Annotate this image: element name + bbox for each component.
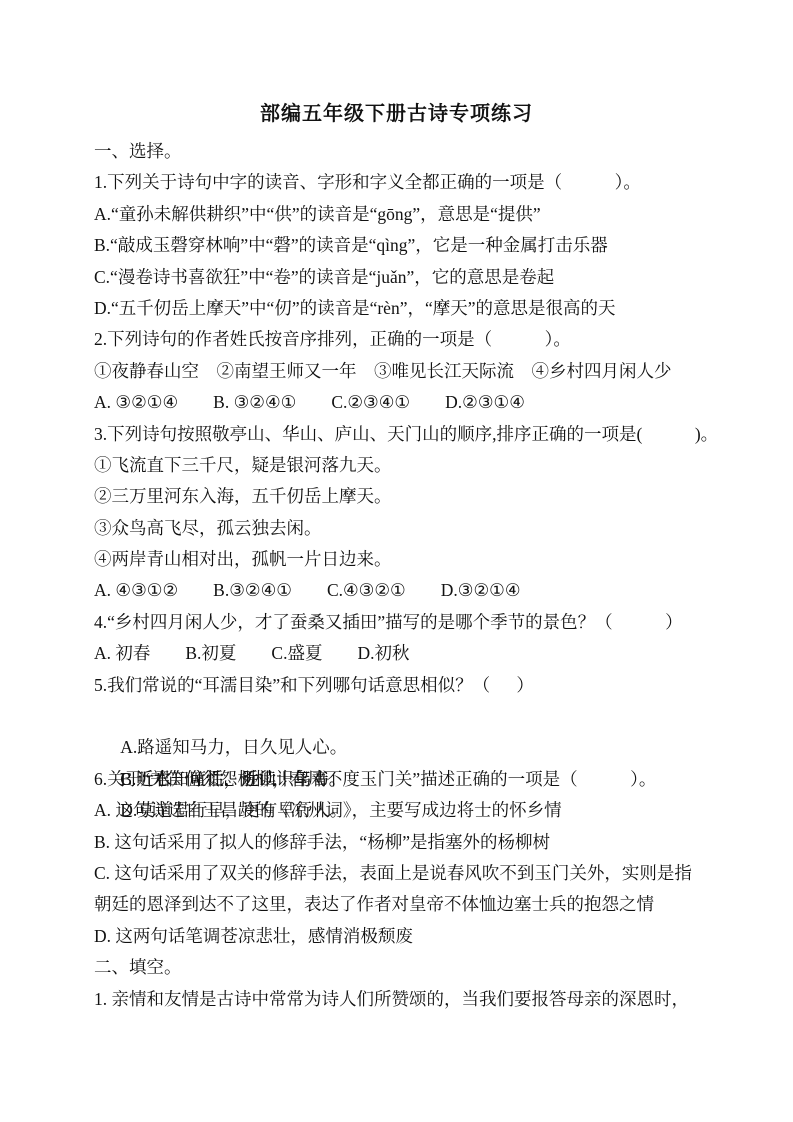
question-6-option-c: C. 这句话采用了双关的修辞手法，表面上是说春风吹不到玉门关外，实则是指: [94, 858, 754, 889]
worksheet-page: 部编五年级下册古诗专项练习 一、选择。 1.下列关于诗句中字的读音、字形和字义全…: [0, 0, 793, 1122]
question-2-items: ①夜静春山空 ②南望王师又一年 ③唯见长江天际流 ④乡村四月闲人少: [94, 356, 754, 387]
question-3-item-3: ③众鸟高飞尽，孤云独去闲。: [94, 513, 754, 544]
question-6: 6.关于“羌笛何须怨杨柳，春风不度玉门关”描述正确的一项是（ ）。: [94, 764, 754, 795]
question-1-option-b: B.“敲成玉磬穿林响”中“磬”的读音是“qìng”，它是一种金属打击乐器: [94, 230, 754, 261]
question-3: 3.下列诗句按照敬亭山、华山、庐山、天门山的顺序,排序正确的一项是( )。: [94, 419, 754, 450]
question-6-option-a: A. 这句诗选自王昌龄的《凉州词》，主要写成边将士的怀乡情: [94, 795, 754, 826]
question-6-option-d: D. 这两句话笔调苍凉悲壮，感情消极颓废: [94, 921, 754, 952]
question-3-item-1: ①飞流直下三千尺，疑是银河落九天。: [94, 450, 754, 481]
question-2: 2.下列诗句的作者姓氏按音序排列，正确的一项是（ ）。: [94, 324, 754, 355]
section-heading-fill-blank: 二、填空。: [94, 952, 754, 983]
question-1-option-d: D.“五千仞岳上摩天”中“仞”的读音是“rèn”，“摩天”的意思是很高的天: [94, 293, 754, 324]
question-6-option-c-continued: 朝廷的恩泽到达不了这里，表达了作者对皇帝不体恤边塞士兵的抱怨之情: [94, 889, 754, 920]
question-1-option-c: C.“漫卷诗书喜欲狂”中“卷”的读音是“juǎn”，它的意思是卷起: [94, 262, 754, 293]
question-4: 4.“乡村四月闲人少，才了蚕桑又插田”描写的是哪个季节的景色？（ ）: [94, 607, 754, 638]
question-1-option-a: A.“童孙未解供耕织”中“供”的读音是“gōng”，意思是“提供”: [94, 199, 754, 230]
document-title: 部编五年级下册古诗专项练习: [0, 97, 793, 126]
question-2-options: A. ③②①④ B. ③②④① C.②③④① D.②③①④: [94, 387, 754, 418]
question-6-option-b: B. 这句话采用了拟人的修辞手法，“杨柳”是指塞外的杨柳树: [94, 827, 754, 858]
question-3-item-2: ②三万里河东入海，五千仞岳上摩天。: [94, 481, 754, 512]
document-body: 一、选择。 1.下列关于诗句中字的读音、字形和字义全都正确的一项是（ ）。 A.…: [94, 136, 754, 1015]
question-1: 1.下列关于诗句中字的读音、字形和字义全都正确的一项是（ ）。: [94, 167, 754, 198]
question-3-item-4: ④两岸青山相对出，孤帆一片日边来。: [94, 544, 754, 575]
section-heading-choice: 一、选择。: [94, 136, 754, 167]
question-4-options: A. 初春 B.初夏 C.盛夏 D.初秋: [94, 638, 754, 669]
question-5-option-a: A.路遥知马力，日久见人心。: [120, 732, 434, 763]
question-5-options-ab: A.路遥知马力，日久见人心。 B.近水知鱼性，近山识鸟音。: [94, 701, 754, 732]
question-5: 5.我们常说的“耳濡目染”和下列哪句话意思相似？（ ）: [94, 670, 754, 701]
question-3-options: A. ④③①② B.③②④① C.④③②① D.③②①④: [94, 575, 754, 606]
fill-blank-question-1: 1. 亲情和友情是古诗中常常为诗人们所赞颂的，当我们要报答母亲的深恩时，: [94, 984, 754, 1015]
